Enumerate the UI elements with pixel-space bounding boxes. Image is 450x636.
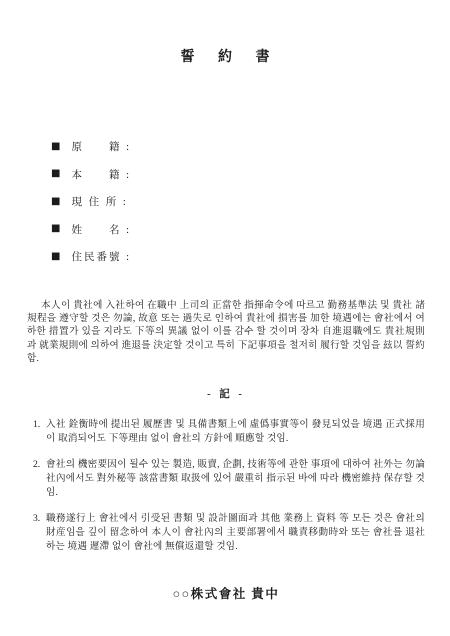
black-square-bullet-icon: ■: [51, 142, 62, 152]
item-number: 3.: [33, 512, 46, 554]
document-title: 誓 約 書: [27, 46, 425, 66]
company-addressee: ○○株式會社 貴中: [27, 584, 425, 602]
field-label: 現 住 所 :: [71, 194, 127, 209]
item-text: 入社 銓衡時에 提出된 履歷書 및 具備書類上에 虛僞事實等이 發見되었을 境遇…: [46, 418, 425, 446]
field-label: 原 籍 :: [71, 139, 131, 154]
black-square-bullet-icon: ■: [51, 169, 62, 179]
black-square-bullet-icon: ■: [51, 252, 62, 262]
black-square-bullet-icon: ■: [51, 197, 62, 207]
field-label: 姓 名 :: [71, 222, 131, 237]
item-number: 2.: [33, 458, 46, 500]
list-item: 2. 會社의 機密要因이 될수 있는 製造, 販賣, 企劃, 技術等에 관한 事…: [33, 458, 425, 500]
field-row-registered-domicile: ■ 本 籍 :: [51, 168, 425, 181]
field-label: 本 籍 :: [71, 167, 131, 182]
pledge-body-paragraph: 本人이 貴社에 入社하여 在職中 上司의 正當한 指揮命令에 따르고 勤務基準法…: [27, 299, 425, 365]
section-marker: - 記 -: [27, 386, 425, 401]
list-item: 1. 入社 銓衡時에 提出된 履歷書 및 具備書類上에 虛僞事實等이 發見되었을…: [33, 418, 425, 446]
item-number: 1.: [33, 418, 46, 446]
field-row-current-address: ■ 現 住 所 :: [51, 195, 425, 208]
field-label: 住民番號 :: [71, 249, 131, 264]
field-row-original-domicile: ■ 原 籍 :: [51, 140, 425, 153]
field-row-name: ■ 姓 名 :: [51, 223, 425, 236]
black-square-bullet-icon: ■: [51, 224, 62, 234]
list-item: 3. 職務遂行上 會社에서 引受된 書類 및 設計圖面과 其他 業務上 資料 等…: [33, 512, 425, 554]
item-text: 職務遂行上 會社에서 引受된 書類 및 設計圖面과 其他 業務上 資料 等 모든…: [46, 512, 425, 554]
field-row-resident-number: ■ 住民番號 :: [51, 250, 425, 263]
personal-info-fields: ■ 原 籍 : ■ 本 籍 : ■ 現 住 所 : ■ 姓 名 : ■ 住民番號…: [51, 140, 425, 263]
pledge-document-page: 誓 約 書 ■ 原 籍 : ■ 本 籍 : ■ 現 住 所 : ■ 姓 名 : …: [0, 0, 450, 636]
pledge-items-list: 1. 入社 銓衡時에 提出된 履歷書 및 具備書類上에 虛僞事實等이 發見되었을…: [27, 418, 425, 554]
item-text: 會社의 機密要因이 될수 있는 製造, 販賣, 企劃, 技術等에 관한 事項에 …: [46, 458, 425, 500]
